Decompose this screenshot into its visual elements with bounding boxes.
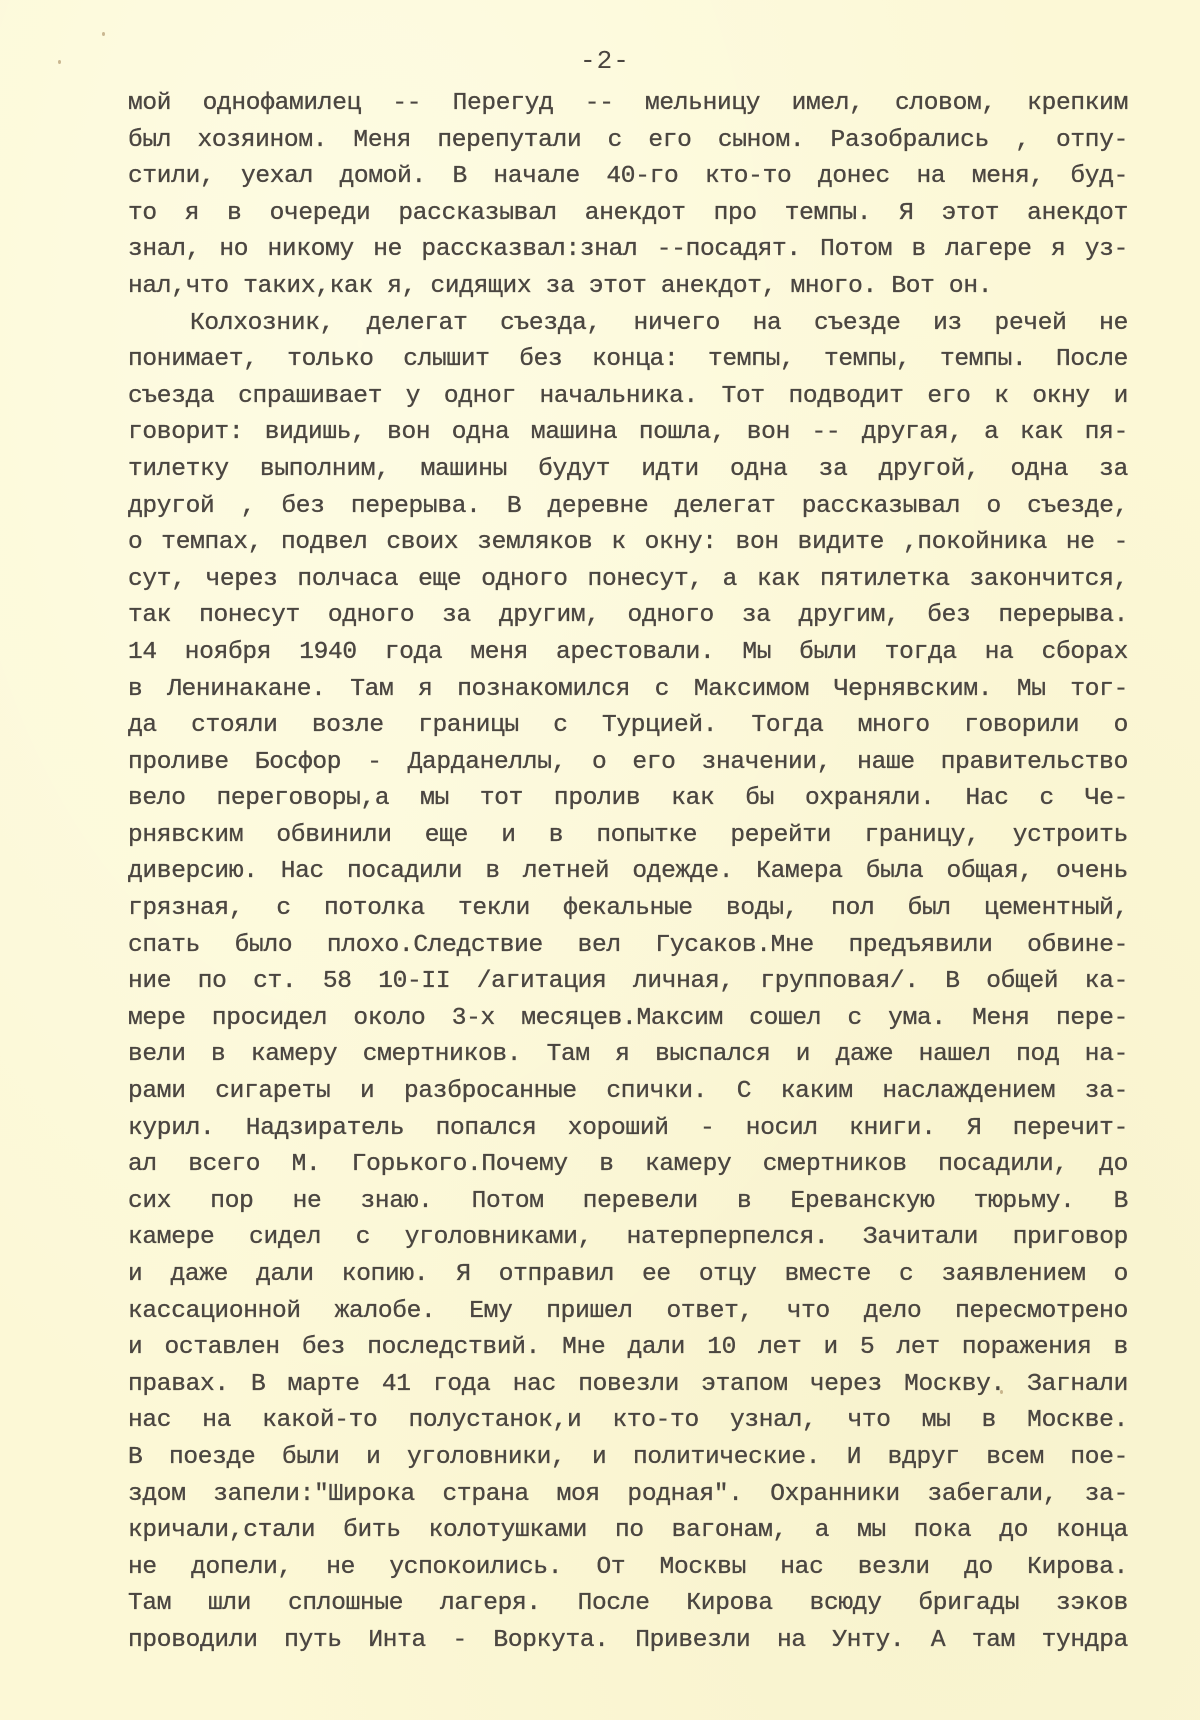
text-line: вело переговоры,а мы тот пролив как бы о… (128, 781, 1128, 818)
text-line: нал,что таких,как я, сидящих за этот ане… (128, 269, 1128, 306)
text-line: грязная, с потолка текли фекальные воды,… (128, 891, 1128, 928)
text-line: и даже дали копию. Я отправил ее отцу вм… (128, 1257, 1128, 1294)
text-line: и оставлен без последствий. Мне дали 10 … (128, 1330, 1128, 1367)
paragraph: мой однофамилец -- Перегуд -- мельницу и… (128, 86, 1128, 306)
text-line: проливе Босфор - Дарданеллы, о его значе… (128, 745, 1128, 782)
text-line: кричали,стали бить колотушками по вагона… (128, 1513, 1128, 1550)
text-line: понимает, только слышит без конца: темпы… (128, 342, 1128, 379)
text-line: сут, через полчаса еще одного понесут, а… (128, 562, 1128, 599)
text-line: в Ленинакане. Там я познакомился с Макси… (128, 672, 1128, 709)
text-line: говорит: видишь, вон одна машина пошла, … (128, 415, 1128, 452)
text-line: то я в очереди рассказывал анекдот про т… (128, 196, 1128, 233)
text-line: мере просидел около 3-х месяцев.Максим с… (128, 1001, 1128, 1038)
text-line: знал, но никому не рассказвал:знал --пос… (128, 232, 1128, 269)
text-line: другой , без перерыва. В деревне делегат… (128, 489, 1128, 526)
page-number: -2- (580, 46, 630, 76)
text-line: диверсию. Нас посадили в летней одежде. … (128, 854, 1128, 891)
text-line: здом запели:"Широка страна моя родная". … (128, 1477, 1128, 1514)
text-line: Там шли сплошные лагеря. После Кирова вс… (128, 1586, 1128, 1623)
text-line: спать было плохо.Следствие вел Гусаков.М… (128, 928, 1128, 965)
text-line: камере сидел с уголовниками, натерперпел… (128, 1220, 1128, 1257)
document-page: -2- мой однофамилец -- Перегуд -- мельни… (0, 0, 1200, 1720)
text-line: сих пор не знаю. Потом перевели в Ереван… (128, 1184, 1128, 1221)
text-line: да стояли возле границы с Турцией. Тогда… (128, 708, 1128, 745)
text-line: не допели, не успокоились. От Москвы нас… (128, 1550, 1128, 1587)
text-line: стили, уехал домой. В начале 40-го кто-т… (128, 159, 1128, 196)
text-line: ал всего М. Горького.Почему в камеру сме… (128, 1147, 1128, 1184)
text-line: В поезде были и уголовники, и политическ… (128, 1440, 1128, 1477)
text-line: так понесут одного за другим, одного за … (128, 598, 1128, 635)
paragraph: Колхозник, делегат съезда, ничего на съе… (128, 306, 1128, 635)
text-line: Колхозник, делегат съезда, ничего на съе… (128, 306, 1128, 343)
text-line: 14 ноября 1940 года меня арестовали. Мы … (128, 635, 1128, 672)
text-line: правах. В марте 41 года нас повезли этап… (128, 1367, 1128, 1404)
text-line: был хозяином. Меня перепутали с его сыно… (128, 123, 1128, 160)
text-line: съезда спрашивает у одног начальника. То… (128, 379, 1128, 416)
text-line: курил. Надзиратель попался хороший - нос… (128, 1111, 1128, 1148)
text-line: о темпах, подвел своих земляков к окну: … (128, 525, 1128, 562)
text-line: кассационной жалобе. Ему пришел ответ, ч… (128, 1294, 1128, 1331)
text-line: тилетку выполним, машины будут идти одна… (128, 452, 1128, 489)
text-line: рнявским обвинили еще и в попытке ререйт… (128, 818, 1128, 855)
text-line: вели в камеру смертников. Там я выспался… (128, 1037, 1128, 1074)
typewritten-text: мой однофамилец -- Перегуд -- мельницу и… (128, 86, 1128, 1660)
paragraph: 14 ноября 1940 года меня арестовали. Мы … (128, 635, 1128, 1660)
paper-speck (102, 32, 105, 36)
paper-speck (58, 60, 61, 64)
text-line: проводили путь Инта - Воркута. Привезли … (128, 1623, 1128, 1660)
text-line: нас на какой-то полустанок,и кто-то узна… (128, 1403, 1128, 1440)
text-line: рами сигареты и разбросанные спички. С к… (128, 1074, 1128, 1111)
text-line: ние по ст. 58 10-II /агитация личная, гр… (128, 964, 1128, 1001)
text-line: мой однофамилец -- Перегуд -- мельницу и… (128, 86, 1128, 123)
